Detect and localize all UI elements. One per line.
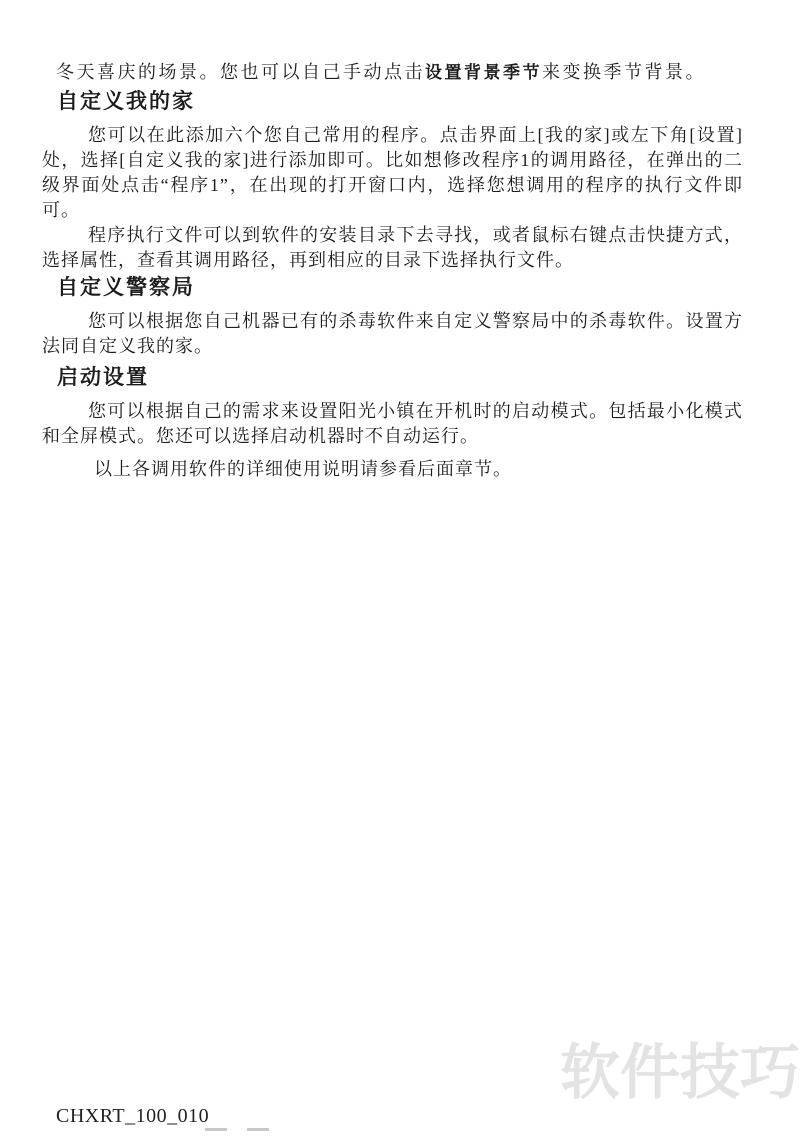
intro-text-post: 来变换季节背景。	[542, 62, 706, 82]
paragraph-customize-my-home-1: 您可以在此添加六个您自己常用的程序。点击界面上[我的家]或左下角[设置]处，选择…	[42, 123, 743, 223]
paragraph-customize-my-home-2: 程序执行文件可以到软件的安装目录下去寻找，或者鼠标右键点击快捷方式，选择属性，查…	[42, 223, 743, 273]
intro-text-pre: 冬天喜庆的场景。您也可以自己手动点击	[56, 62, 425, 82]
closing-note: 以上各调用软件的详细使用说明请参看后面章节。	[42, 457, 743, 482]
section-heading-customize-my-home: 自定义我的家	[57, 87, 743, 115]
watermark-text: 软件技巧	[560, 1042, 800, 1104]
scan-artifact-mark	[247, 1128, 269, 1131]
section-heading-customize-police-station: 自定义警察局	[57, 273, 743, 301]
scan-artifact-mark	[205, 1128, 227, 1131]
paragraph-startup-settings-1: 您可以根据自己的需求来设置阳光小镇在开机时的启动模式。包括最小化模式和全屏模式。…	[42, 399, 743, 449]
paragraph-customize-police-station-1: 您可以根据您自己机器已有的杀毒软件来自定义警察局中的杀毒软件。设置方法同自定义我…	[42, 309, 743, 359]
document-page: 冬天喜庆的场景。您也可以自己手动点击设置背景季节来变换季节背景。 自定义我的家 …	[42, 60, 743, 482]
section-heading-startup-settings: 启动设置	[57, 363, 743, 391]
intro-paragraph: 冬天喜庆的场景。您也可以自己手动点击设置背景季节来变换季节背景。	[56, 60, 743, 85]
intro-text-bold: 设置背景季节	[425, 63, 542, 82]
footer-document-code: CHXRT_100_010	[56, 1105, 209, 1128]
